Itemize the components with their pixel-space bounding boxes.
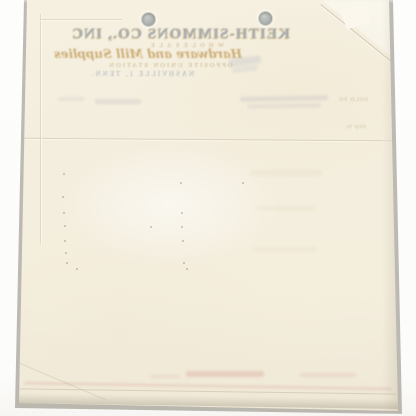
ink-bleed-smudge xyxy=(150,375,180,378)
ink-bleed-smudge xyxy=(256,206,316,211)
scanner-background: KEITH-SIMMONS CO., INC WHOLESALE Hardwar… xyxy=(0,0,416,416)
bleed-dot xyxy=(62,196,64,198)
sold-to-label: SOLD TO xyxy=(328,97,368,103)
punch-hole-right xyxy=(259,12,272,25)
punch-hole-left xyxy=(142,13,155,26)
bleed-dot xyxy=(186,268,188,270)
ink-bleed-smudge xyxy=(95,99,141,104)
ink-bleed-smudge xyxy=(250,170,322,176)
tagline-script: Hardware and Mill Supplies xyxy=(48,47,248,61)
bleed-dot xyxy=(183,262,185,264)
bleed-dot xyxy=(181,226,183,228)
bleed-dot xyxy=(76,268,78,270)
bleed-dot xyxy=(63,212,65,214)
bleed-dot xyxy=(64,225,66,227)
ink-bleed-smudge xyxy=(253,247,317,252)
bleed-dot xyxy=(65,252,67,254)
ink-bleed-smudge xyxy=(58,97,84,101)
bleed-dot xyxy=(182,240,184,242)
mirrored-bleedthrough-layer: KEITH-SIMMONS CO., INC WHOLESALE Hardwar… xyxy=(20,0,390,416)
ship-to-label: Ship To xyxy=(326,124,366,130)
bleed-dot xyxy=(181,212,183,214)
scanned-paper: KEITH-SIMMONS CO., INC WHOLESALE Hardwar… xyxy=(0,0,416,416)
ink-bleed-smudge xyxy=(186,371,264,377)
bleed-dot xyxy=(180,182,182,184)
ink-bleed-smudge xyxy=(300,373,356,377)
bleed-dot xyxy=(63,173,65,175)
bleed-dot xyxy=(64,240,66,242)
vertical-emboss-line xyxy=(40,14,41,244)
bleed-dot xyxy=(242,182,244,184)
company-name: KEITH-SIMMONS CO., INC xyxy=(90,26,290,43)
city-line: NASHVILLE 1, TENN. xyxy=(42,70,242,78)
bleed-dot xyxy=(150,226,152,228)
bleed-dot xyxy=(66,262,68,264)
horizontal-emboss-line xyxy=(40,19,122,20)
